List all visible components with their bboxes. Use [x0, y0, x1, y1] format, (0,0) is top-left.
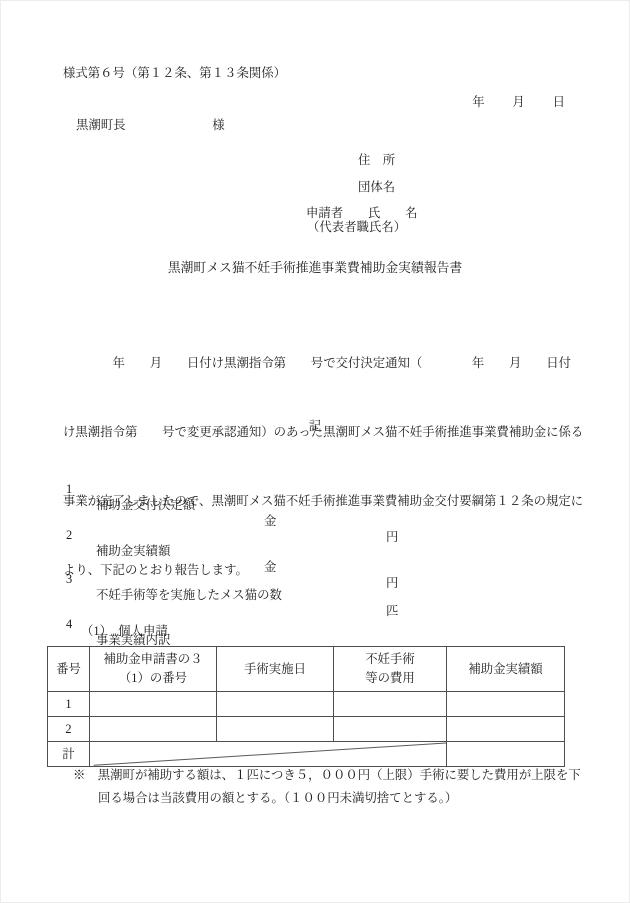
- cost-cell: [334, 692, 447, 717]
- surgery-date-cell: [217, 692, 334, 717]
- table-row-1: 1: [48, 692, 565, 717]
- diagonal-line-icon: [90, 742, 446, 766]
- item-number: 4: [66, 616, 72, 632]
- report-form-page: 様式第６号（第１２条、第１３条関係） 年 月 日 黒潮町長 様 住 所 団体名 …: [0, 0, 630, 903]
- diagonal-strikethrough-cell: [90, 742, 447, 767]
- document-title: 黒潮町メス猫不妊手術推進事業費補助金実績報告書: [1, 260, 629, 276]
- applicant-name-label: 申請者 氏 名: [306, 205, 418, 221]
- table-row-2: 2: [48, 717, 565, 742]
- header-number: 番号: [48, 647, 90, 692]
- subsection-individual-application: （1） 個人申請: [81, 623, 168, 639]
- surgery-date-cell: [217, 717, 334, 742]
- form-number: 様式第６号（第１２条、第１３条関係）: [63, 65, 286, 81]
- header-actual-grant-amount: 補助金実績額: [447, 647, 565, 692]
- ki-heading: 記: [1, 418, 629, 434]
- row-number-cell: 1: [48, 692, 90, 717]
- row-number-cell: 2: [48, 717, 90, 742]
- individual-application-table: 番号 補助金申請書の３ （1）の番号 手術実施日 不妊手術 等の費用 補助金実績…: [47, 646, 565, 767]
- actual-amount-cell: [447, 717, 565, 742]
- amount-suffix-yen: 円: [386, 529, 398, 545]
- amount-suffix-yen: 円: [386, 575, 398, 591]
- note-line-1: ※ 黒潮町が補助する額は、１匹につき５，０００円（上限）手術に要した費用が上限を…: [73, 767, 581, 783]
- item-number: 2: [66, 527, 72, 543]
- application-number-cell: [90, 692, 217, 717]
- item-actual-grant-amount: 2 補助金実績額 金 円: [1, 511, 629, 527]
- application-number-cell: [90, 717, 217, 742]
- paragraph-line: 年 月 日付け黒潮指令第 号で交付決定通知（ 年 月 日付: [63, 352, 569, 375]
- organization-name-label: 団体名: [358, 179, 395, 195]
- table-header-row: 番号 補助金申請書の３ （1）の番号 手術実施日 不妊手術 等の費用 補助金実績…: [48, 647, 565, 692]
- header-surgery-date: 手術実施日: [217, 647, 334, 692]
- address-label: 住 所: [358, 152, 395, 168]
- table-total-row: 計: [48, 742, 565, 767]
- item-project-results-breakdown: 4 事業実績内訳: [1, 600, 629, 616]
- header-application-form-number: 補助金申請書の３ （1）の番号: [90, 647, 217, 692]
- item-number: 3: [66, 571, 72, 587]
- item-number-of-cats: 3 不妊手術等を実施したメス猫の数 匹: [1, 555, 629, 571]
- item-number: 1: [66, 481, 72, 497]
- representative-title-name-label: （代表者職氏名）: [307, 220, 406, 235]
- cost-cell: [334, 717, 447, 742]
- total-actual-amount-cell: [447, 742, 565, 767]
- note-line-2: 回る場合は当該費用の額とする。（１００円未満切捨てとする。）: [98, 790, 457, 806]
- date-line: 年 月 日: [472, 94, 566, 110]
- item-grant-decision-amount: 1 補助金交付決定額 金 円: [1, 465, 629, 481]
- total-label-cell: 計: [48, 742, 90, 767]
- actual-amount-cell: [447, 692, 565, 717]
- addressee-mayor: 黒潮町長 様: [76, 117, 225, 133]
- header-surgery-cost: 不妊手術 等の費用: [334, 647, 447, 692]
